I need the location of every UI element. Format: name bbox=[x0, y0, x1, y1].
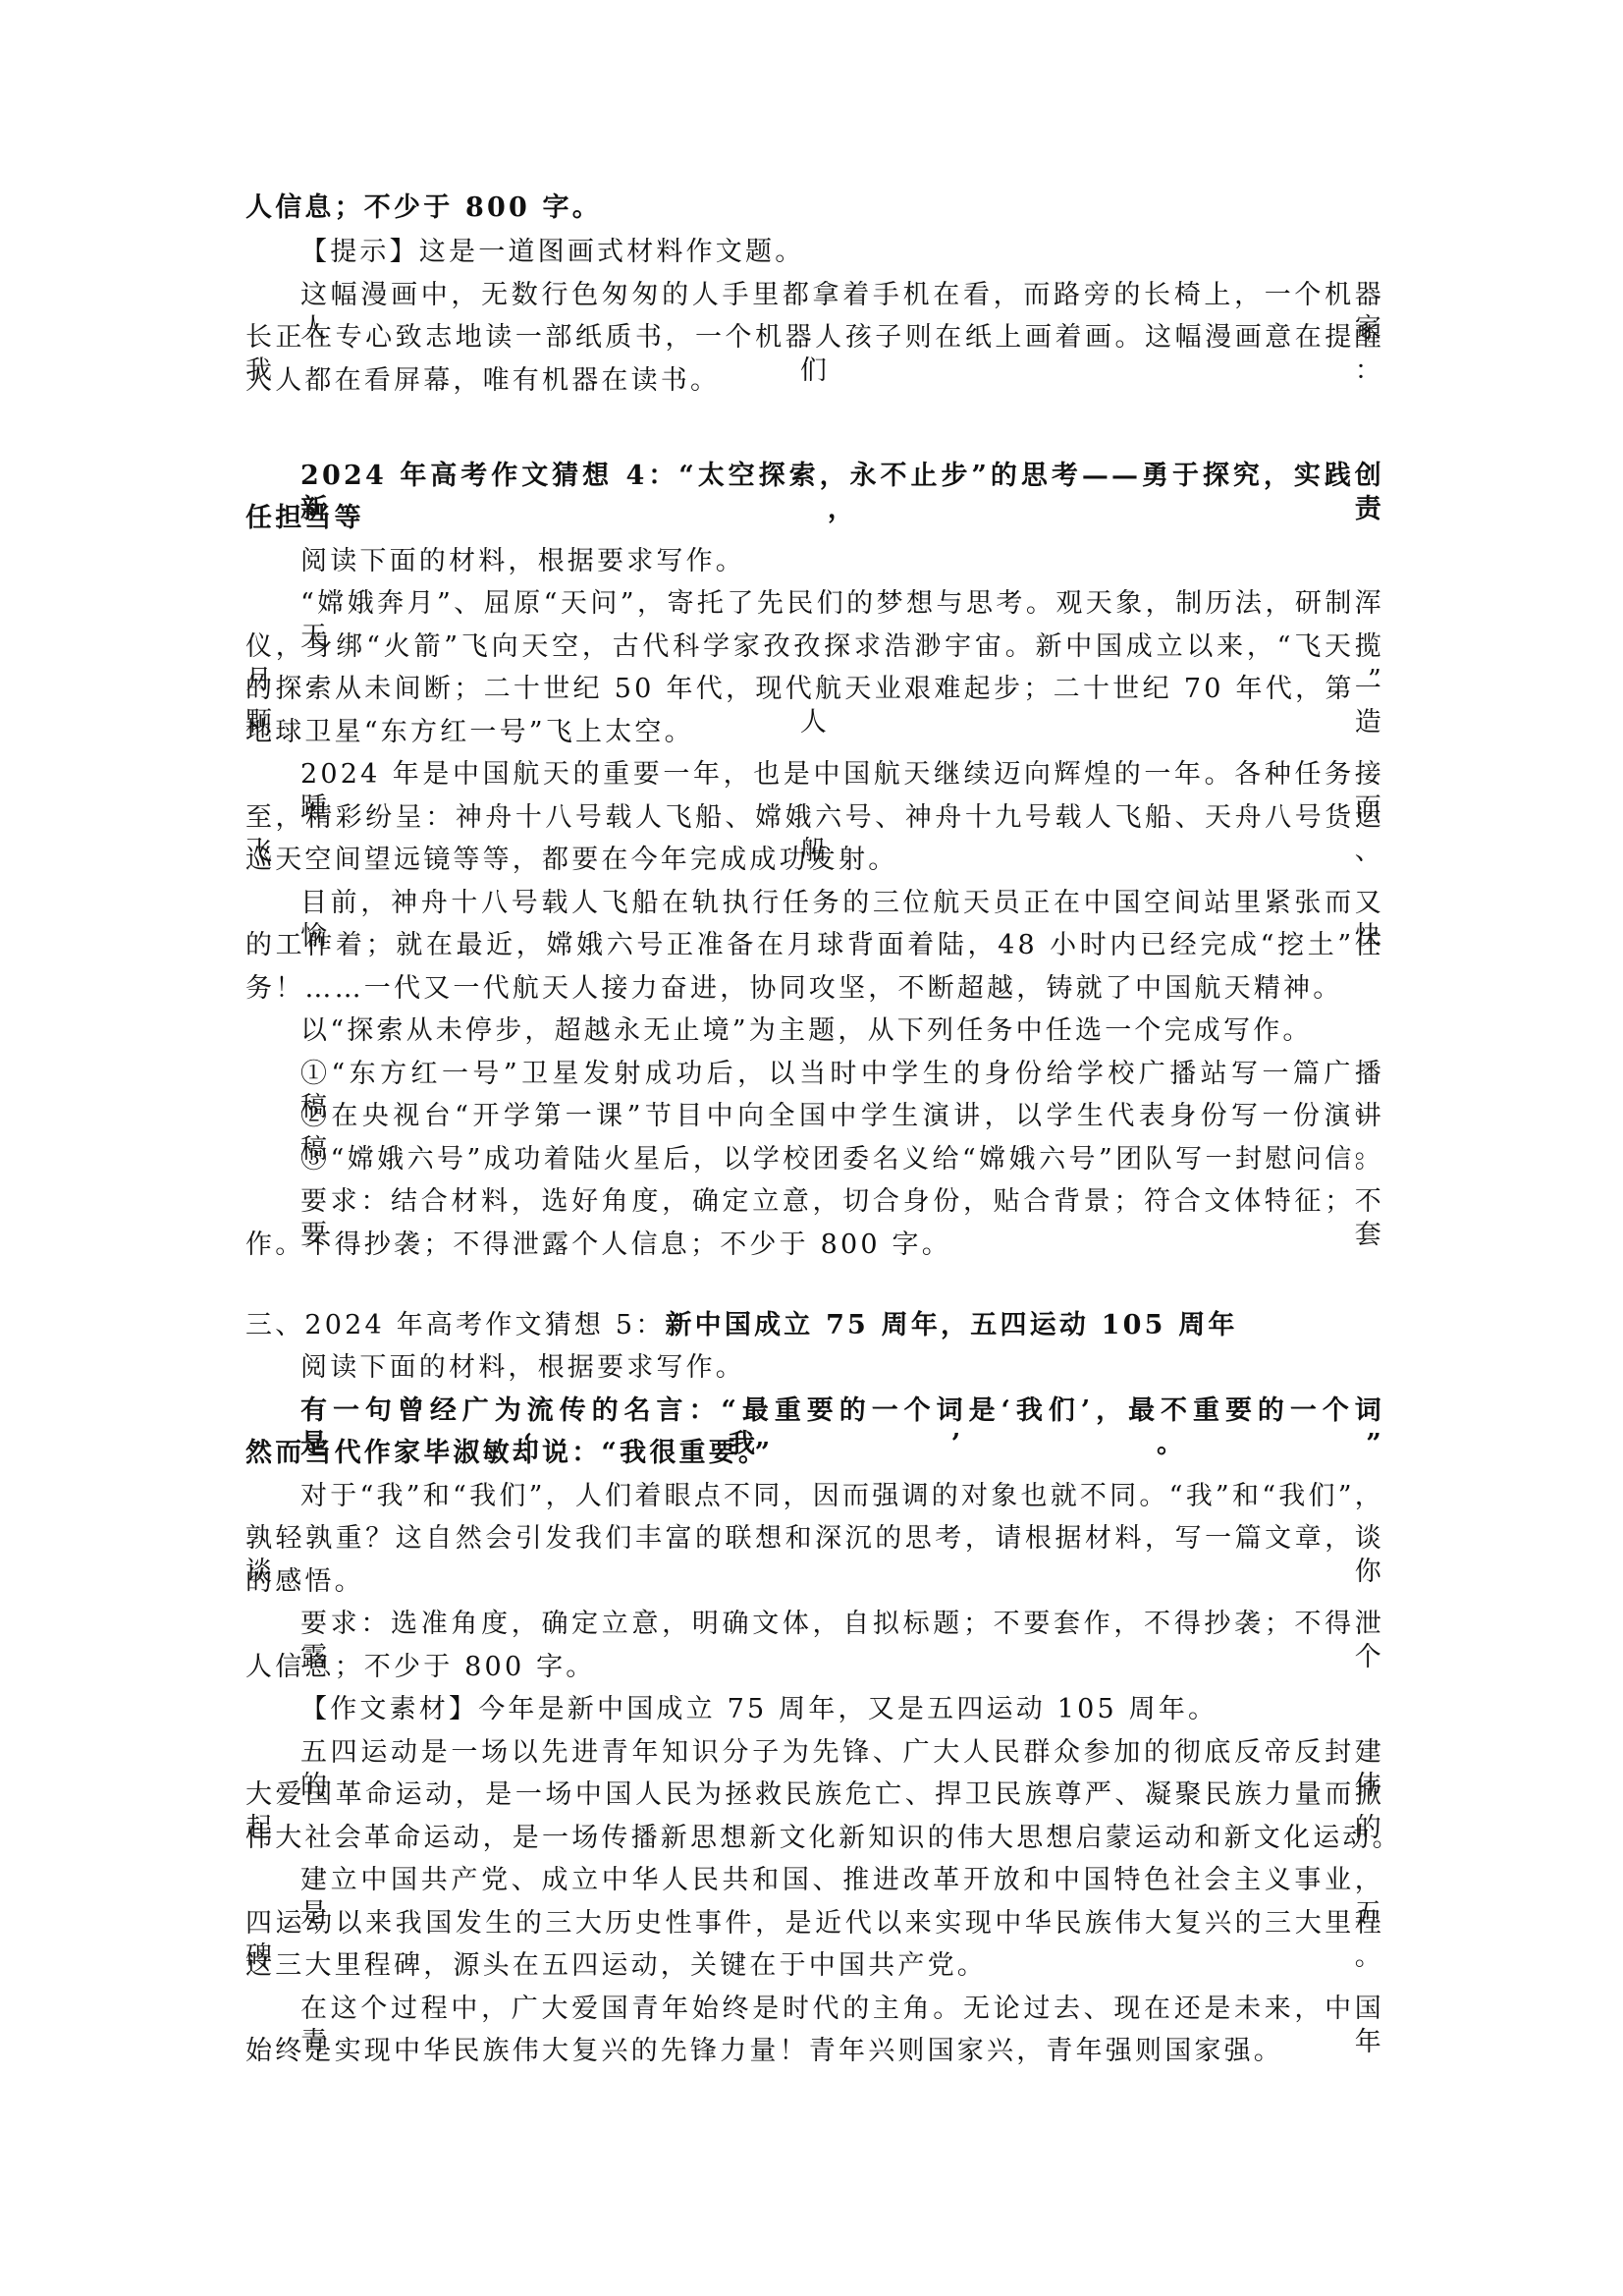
text-line-content: 阅读下面的材料，根据要求写作。 bbox=[300, 1352, 745, 1383]
text-line-content: 阅读下面的材料，根据要求写作。 bbox=[300, 546, 745, 576]
text-line-content: 人人都在看屏幕，唯有机器在读书。 bbox=[245, 365, 720, 396]
text-line-content: 伟大社会革命运动，是一场传播新思想新文化新知识的伟大思想启蒙运动和新文化运动。 bbox=[245, 1823, 1402, 1853]
text-line-content: 的感悟。 bbox=[245, 1566, 364, 1597]
text-line: 【作文素材】今年是新中国成立 75 周年，又是五四运动 105 周年。 bbox=[300, 1693, 1384, 1726]
text-line: 作。不得抄袭；不得泄露个人信息；不少于 800 字。 bbox=[245, 1229, 1384, 1262]
text-line-content: 对于“我”和“我们”，人们着眼点不同，因而强调的对象也就不同。“我”和“我们”， bbox=[300, 1481, 1384, 1511]
text-line-content: 【作文素材】今年是新中国成立 75 周年，又是五四运动 105 周年。 bbox=[300, 1694, 1217, 1724]
text-line-content: 【提示】这是一道图画式材料作文题。 bbox=[300, 237, 804, 267]
text-line: 对于“我”和“我们”，人们着眼点不同，因而强调的对象也就不同。“我”和“我们”， bbox=[300, 1480, 1384, 1513]
text-line: 三、2024 年高考作文猜想 5：新中国成立 75 周年，五四运动 105 周年 bbox=[245, 1309, 1384, 1342]
text-line-content: ③“嫦娥六号”成功着陆火星后，以学校团委名义给“嫦娥六号”团队写一封慰问信。 bbox=[300, 1144, 1384, 1175]
text-line: 务！……一代又一代航天人接力奋进，协同攻坚，不断超越，铸就了中国航天精神。 bbox=[245, 972, 1384, 1006]
text-line-content: 作。不得抄袭；不得泄露个人信息；不少于 800 字。 bbox=[245, 1230, 951, 1260]
text-line-content: 这三大里程碑，源头在五四运动，关键在于中国共产党。 bbox=[245, 1950, 987, 1981]
text-line: 地球卫星“东方红一号”飞上太空。 bbox=[245, 716, 1384, 749]
text-line-content: 始终是实现中华民族伟大复兴的先锋力量！青年兴则国家兴，青年强则国家强。 bbox=[245, 2036, 1283, 2066]
text-line: ③“嫦娥六号”成功着陆火星后，以学校团委名义给“嫦娥六号”团队写一封慰问信。 bbox=[300, 1143, 1384, 1176]
text-line: 始终是实现中华民族伟大复兴的先锋力量！青年兴则国家兴，青年强则国家强。 bbox=[245, 2035, 1384, 2068]
text-line: 伟大社会革命运动，是一场传播新思想新文化新知识的伟大思想启蒙运动和新文化运动。 bbox=[245, 1822, 1384, 1855]
text-line: 然而当代作家毕淑敏却说：“我很重要。” bbox=[245, 1437, 1384, 1470]
text-line: 人人都在看屏幕，唯有机器在读书。 bbox=[245, 364, 1384, 398]
text-line-content: 地球卫星“东方红一号”飞上太空。 bbox=[245, 717, 694, 747]
document-page: 人信息；不少于 800 字。【提示】这是一道图画式材料作文题。这幅漫画中，无数行… bbox=[0, 0, 1623, 2296]
text-line: 任担当等 bbox=[245, 502, 1384, 535]
text-line-content: 三、2024 年高考作文猜想 5： bbox=[245, 1310, 665, 1340]
text-line-content: 任担当等 bbox=[245, 503, 364, 533]
text-line-content: 以“探索从未停步，超越永无止境”为主题，从下列任务中任选一个完成写作。 bbox=[300, 1015, 1313, 1046]
text-line: 的工作着；就在最近，嫦娥六号正准备在月球背面着陆，48 小时内已经完成“挖土”任 bbox=[245, 929, 1384, 962]
text-line: 巡天空间望远镜等等，都要在今年完成成功发射。 bbox=[245, 844, 1384, 877]
text-line-content: 人信息；不少于 800 字。 bbox=[245, 1652, 596, 1682]
text-line: 【提示】这是一道图画式材料作文题。 bbox=[300, 236, 1384, 269]
text-line: 的感悟。 bbox=[245, 1565, 1384, 1599]
text-line-content: 务！……一代又一代航天人接力奋进，协同攻坚，不断超越，铸就了中国航天精神。 bbox=[245, 973, 1342, 1004]
text-line-content: 巡天空间望远镜等等，都要在今年完成成功发射。 bbox=[245, 845, 897, 875]
text-line: 阅读下面的材料，根据要求写作。 bbox=[300, 1351, 1384, 1385]
text-line: 阅读下面的材料，根据要求写作。 bbox=[300, 545, 1384, 578]
text-line: 人信息；不少于 800 字。 bbox=[245, 1651, 1384, 1684]
text-line-content: 然而当代作家毕淑敏却说：“我很重要。” bbox=[245, 1438, 773, 1468]
heading-bold-title: 新中国成立 75 周年，五四运动 105 周年 bbox=[665, 1310, 1237, 1340]
text-line-content: 人信息；不少于 800 字。 bbox=[245, 192, 602, 223]
text-line: 人信息；不少于 800 字。 bbox=[245, 191, 1384, 225]
text-line: 以“探索从未停步，超越永无止境”为主题，从下列任务中任选一个完成写作。 bbox=[300, 1014, 1384, 1048]
text-line-content: 的工作着；就在最近，嫦娥六号正准备在月球背面着陆，48 小时内已经完成“挖土”任 bbox=[245, 930, 1384, 960]
text-line: 这三大里程碑，源头在五四运动，关键在于中国共产党。 bbox=[245, 1949, 1384, 1983]
